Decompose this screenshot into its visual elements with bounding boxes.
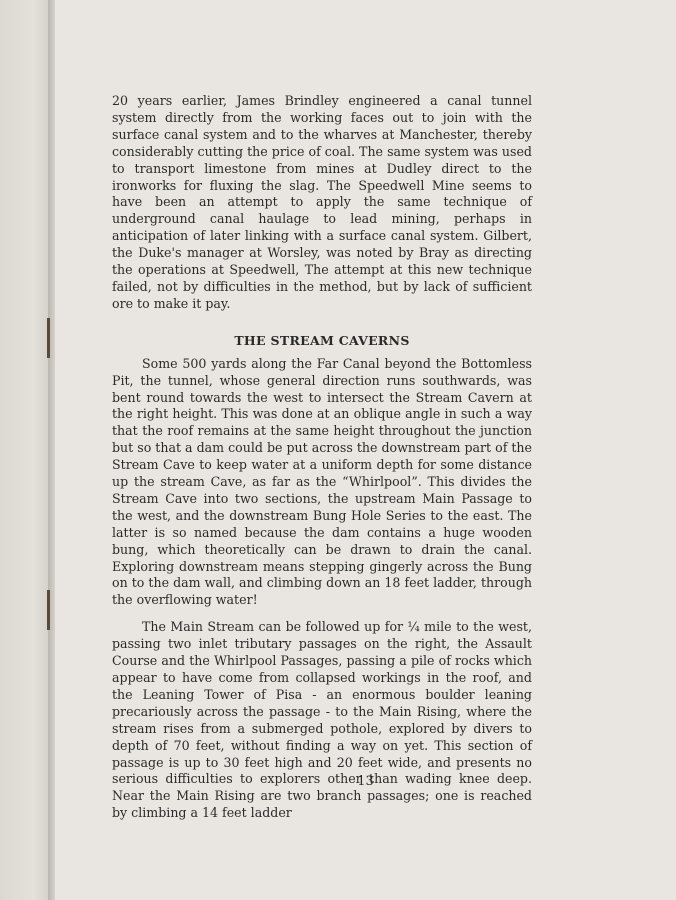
- paragraph: Some 500 yards along the Far Canal beyon…: [112, 356, 532, 610]
- section-heading: THE STREAM CAVERNS: [112, 333, 532, 350]
- paragraph: 20 years earlier, James Brindley enginee…: [112, 93, 532, 313]
- page-body: 20 years earlier, James Brindley enginee…: [112, 93, 532, 822]
- paragraph: The Main Stream can be followed up for ¼…: [112, 619, 532, 822]
- facing-page-edge: [0, 0, 55, 900]
- staple: [47, 318, 50, 358]
- staple: [47, 590, 50, 630]
